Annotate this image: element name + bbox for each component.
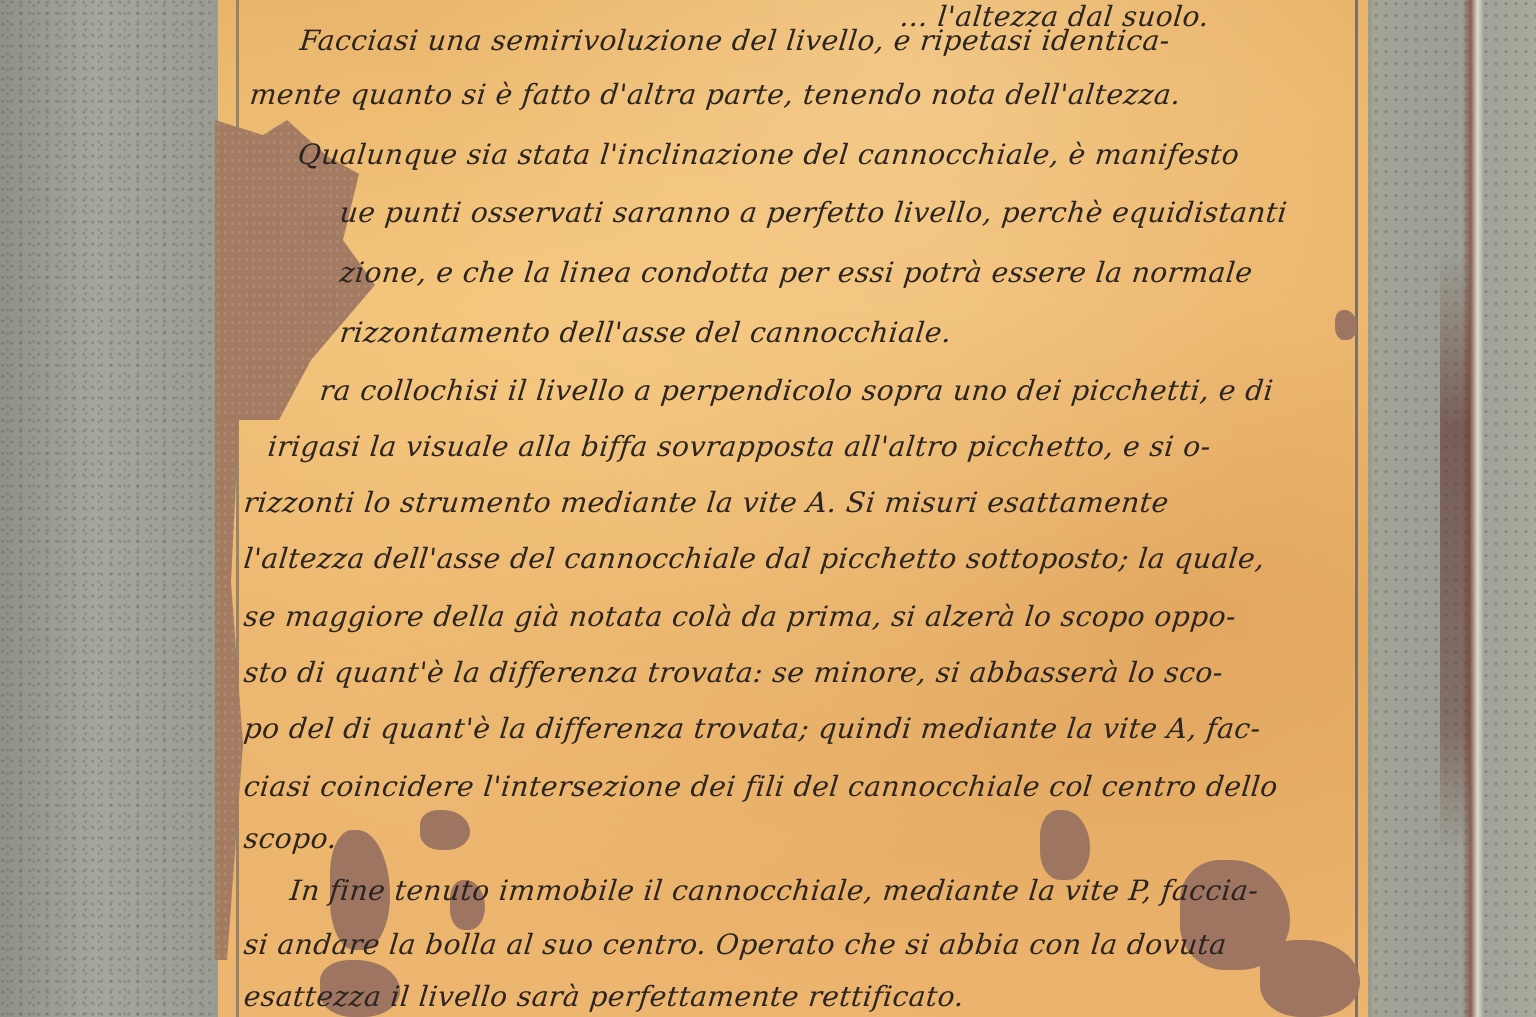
text-line: l'altezza dell'asse del cannocchiale dal… [242, 542, 1266, 575]
text-line: irigasi la visuale alla biffa sovrappost… [266, 430, 1212, 463]
text-line: po del di quant'è la differenza trovata;… [242, 712, 1262, 745]
text-line: esattezza il livello sarà perfettamente … [242, 980, 966, 1013]
paper-damage-spot [420, 810, 470, 850]
text-line: rizzontamento dell'asse del cannocchiale… [338, 316, 953, 349]
page-border-right [1355, 0, 1358, 1017]
text-line: rizzonti lo strumento mediante la vite A… [242, 486, 1170, 519]
text-line: Qualunque sia stata l'inclinazione del c… [296, 138, 1241, 171]
text-line: ciasi coincidere l'intersezione dei fili… [242, 770, 1279, 803]
text-line: scopo. [242, 822, 339, 855]
text-line: sto di quant'è la differenza trovata: se… [242, 656, 1224, 689]
text-line: se maggiore della già notata colà da pri… [242, 600, 1238, 633]
stone-edge [1462, 0, 1484, 1017]
text-line: In fine tenuto immobile il cannocchiale,… [288, 874, 1260, 907]
text-line: ue punti osservati saranno a perfetto li… [338, 196, 1289, 229]
text-line: ra collochisi il livello a perpendicolo … [318, 374, 1275, 407]
text-line: zione, e che la linea condotta per essi … [338, 256, 1254, 289]
text-line: Facciasi una semirivoluzione del livello… [298, 24, 1171, 57]
text-line: si andare la bolla al suo centro. Operat… [242, 928, 1228, 961]
paper-damage-spot [1335, 310, 1357, 340]
stone-wall-left [0, 0, 215, 1017]
text-line: mente quanto si è fatto d'altra parte, t… [248, 78, 1182, 111]
